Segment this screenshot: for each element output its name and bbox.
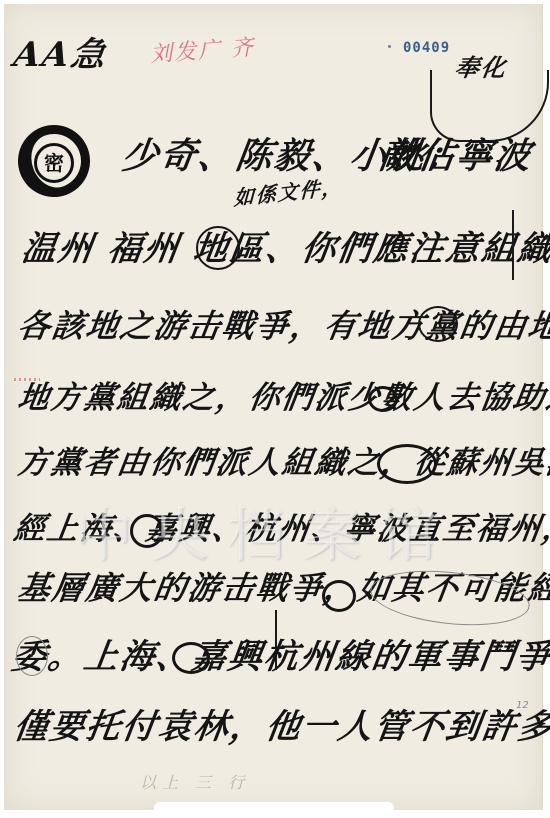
text-line-4: 方黨者由你們派人組織之，從蘇州吳淞， [16,448,550,479]
circle-mark [418,306,458,342]
circle-mark [172,642,210,674]
salutation-tail: 敵佔寧波 [377,138,534,174]
page-number: 12 [516,700,529,711]
text-line-7: 委。上海、嘉興杭州線的軍事鬥爭不可 [10,640,550,674]
urgency-mark: AA急 [12,38,110,72]
text-line-5: 經上海、嘉興、杭州、寧波直至福州，要 [12,514,550,545]
circle-mark [377,444,437,484]
circle-mark [130,514,164,548]
faint-pencil-marks: 以上 三 行 [140,770,250,793]
text-line-8: 僅要托付袁林，他一人管不到許多，有群 [12,710,550,744]
circle-mark [368,386,398,412]
text-line-2: 各該地之游击戰爭，有地方黨的由地方黨 [16,310,550,342]
circled-secret-mark: 密 [34,143,74,183]
text-line-3: 地方黨組織之，你們派少數人去協助之，無地 [16,383,550,414]
circle-mark [196,226,240,270]
text-line-1: 温州 福州 地區、你們應注意組織 [20,232,550,266]
circle-mark [322,580,356,612]
document-page: AA急 刘发广 齐 00409 奉化 密 少奇、陈毅、小姚： 敵佔寧波 如係文件… [0,0,550,818]
stamp-dot [388,45,391,48]
faint-pencil-circle [16,636,48,676]
torn-edge [154,802,394,810]
archive-serial-number: 00409 [403,40,450,56]
vertical-stroke [512,210,514,280]
